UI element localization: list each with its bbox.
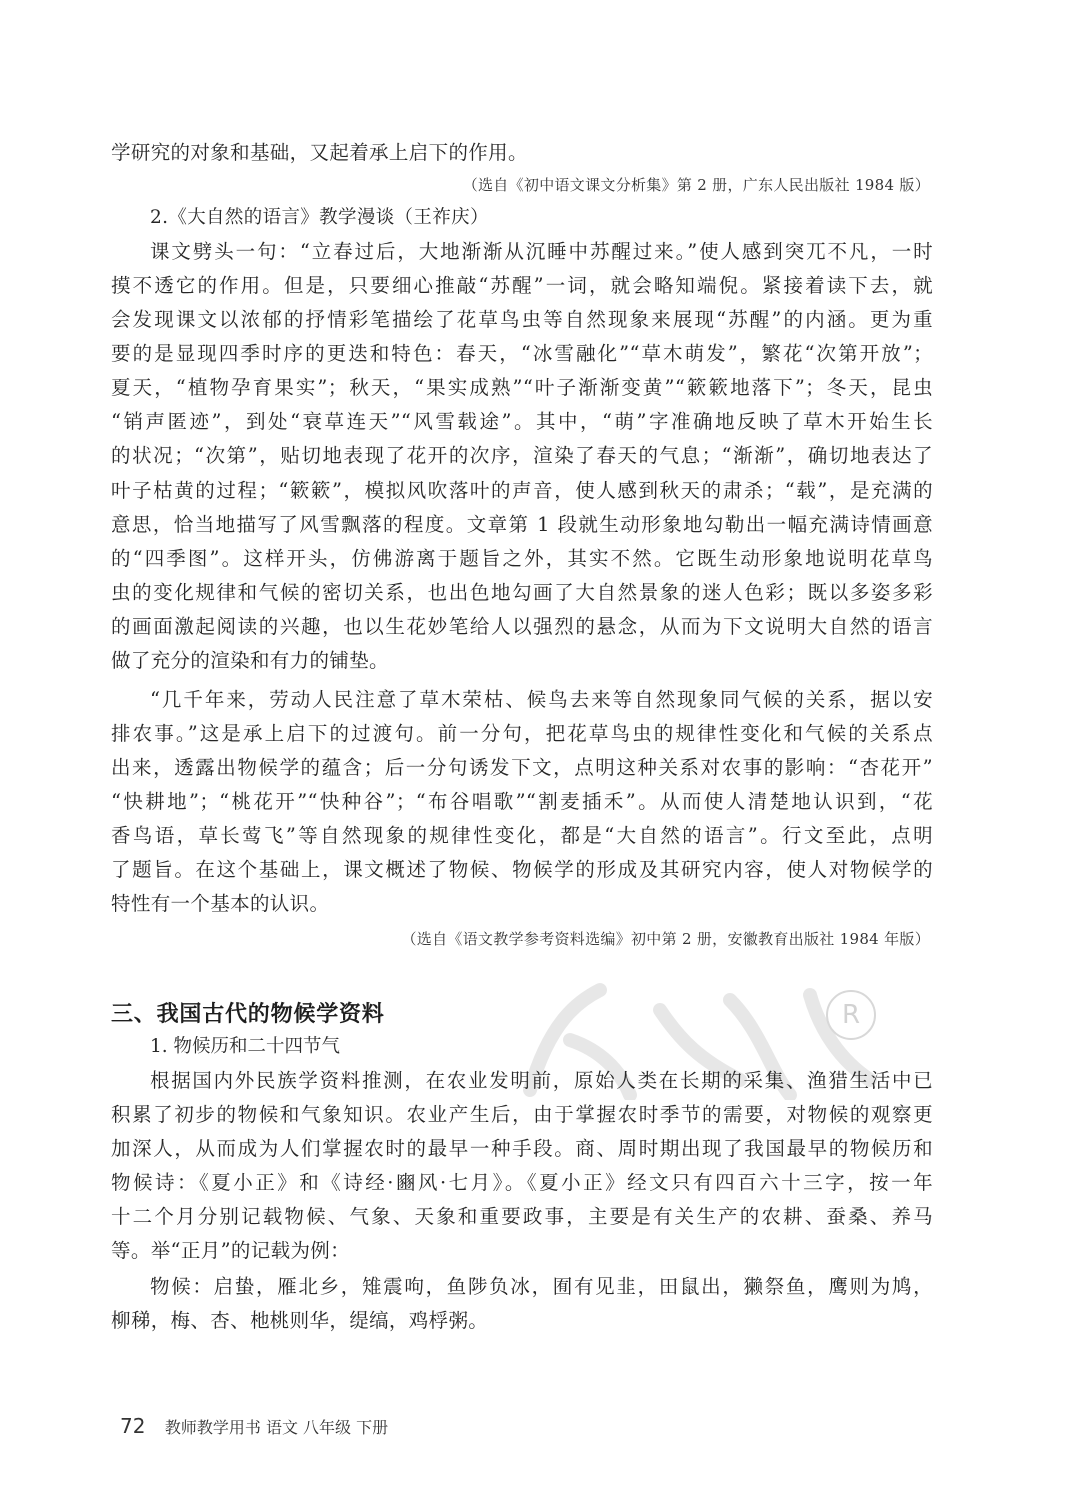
- document-page: R 学研究的对象和基础，又起着承上启下的作用。 （选自《初中语文课文分析集》第 …: [0, 0, 1080, 1508]
- continued-text: 学研究的对象和基础，又起着承上启下的作用。: [111, 141, 933, 165]
- para-2-line: 出来，透露出物候学的蕴含；后一分句诱发下文，点明这种关系对农事的影响：“杏花开”: [111, 756, 933, 780]
- book-title: 教师教学用书 语文 八年级 下册: [165, 1418, 388, 1437]
- para-3-line: 物候诗：《夏小正》和《诗经·豳风·七月》。《夏小正》经文只有四百六十三字，按一年: [111, 1171, 933, 1195]
- para-1-line: 虫的变化规律和气候的密切关系，也出色地勾画了大自然景象的迷人色彩；既以多姿多彩: [111, 581, 933, 605]
- para-1-line: 会发现课文以浓郁的抒情彩笔描绘了花草鸟虫等自然现象来展现“苏醒”的内涵。更为重: [111, 308, 933, 332]
- para-1-line: 的状况；“次第”，贴切地表现了花开的次序，渲染了春天的气息；“渐渐”，确切地表达…: [111, 444, 933, 468]
- para-1-line: 做了充分的渲染和有力的铺垫。: [111, 649, 933, 673]
- para-3-line: 等。举“正月”的记载为例：: [111, 1239, 933, 1263]
- para-2-line: 排农事。”这是承上启下的过渡句。前一分句，把花草鸟虫的规律性变化和气候的关系点: [111, 722, 933, 746]
- para-3-line: 加深人，从而成为人们掌握农时的最早一种手段。商、周时期出现了我国最早的物候历和: [111, 1137, 933, 1161]
- para-3-line: 积累了初步的物候和气象知识。农业产生后，由于掌握农时季节的需要，对物候的观察更: [111, 1103, 933, 1127]
- para-4-line: 柳稊，梅、杏、杝桃则华，缇缟，鸡桴粥。: [111, 1309, 933, 1333]
- para-1-line: 夏天，“植物孕育果实”；秋天，“果实成熟”“叶子渐渐变黄”“簌簌地落下”；冬天，…: [111, 376, 933, 400]
- para-1-line: “销声匿迹”，到处“衰草连天”“风雪载途”。其中，“萌”字准确地反映了草木开始生…: [111, 410, 933, 434]
- para-1-line: 要的是显现四季时序的更迭和特色：春天，“冰雪融化”“草木萌发”，繁花“次第开放”…: [111, 342, 933, 366]
- para-2-line: “几千年来，劳动人民注意了草木荣枯、候鸟去来等自然现象同气候的关系，据以安: [150, 688, 933, 712]
- source-citation-2: （选自《语文教学参考资料选编》初中第 2 册，安徽教育出版社 1984 年版）: [402, 929, 931, 949]
- page-number: 72: [120, 1414, 145, 1438]
- para-2-line: “快耕地”；“桃花开”“快种谷”；“布谷唱歌”“割麦插禾”。从而使人清楚地认识到…: [111, 790, 933, 814]
- para-1-line: 叶子枯黄的过程；“簌簌”，模拟风吹落叶的声音，使人感到秋天的肃杀；“载”，是充满…: [111, 479, 933, 503]
- item-2-title: 2.《大自然的语言》教学漫谈（王祚庆）: [150, 206, 933, 230]
- registered-mark-icon: R: [826, 990, 876, 1040]
- para-2-line: 特性有一个基本的认识。: [111, 892, 933, 916]
- para-3-line: 十二个月分别记载物候、气象、天象和重要政事，主要是有关生产的农耕、蚕桑、养马: [111, 1205, 933, 1229]
- para-1-line: 的画面激起阅读的兴趣，也以生花妙笔给人以强烈的悬念，从而为下文说明大自然的语言: [111, 615, 933, 639]
- para-1-line: 意思，恰当地描写了风雪飘落的程度。文章第 1 段就生动形象地勾勒出一幅充满诗情画…: [111, 513, 933, 537]
- para-2-line: 香鸟语，草长莺飞”等自然现象的规律性变化，都是“大自然的语言”。行文至此，点明: [111, 824, 933, 848]
- page-footer: 72 教师教学用书 语文 八年级 下册: [120, 1415, 388, 1439]
- section-subheading: 1. 物候历和二十四节气: [150, 1035, 340, 1059]
- source-citation-1: （选自《初中语文课文分析集》第 2 册，广东人民出版社 1984 版）: [463, 175, 930, 195]
- section-heading: 三、我国古代的物候学资料: [111, 1000, 385, 1028]
- para-1-line: 的“四季图”。这样开头，仿佛游离于题旨之外，其实不然。它既生动形象地说明花草鸟: [111, 547, 933, 571]
- para-2-line: 了题旨。在这个基础上，课文概述了物候、物候学的形成及其研究内容，使人对物候学的: [111, 858, 933, 882]
- para-4-line: 物候：启蛰，雁北乡，雉震呴，鱼陟负冰，囿有见韭，田鼠出，獭祭鱼，鹰则为鸠，: [150, 1275, 933, 1299]
- para-1-line: 课文劈头一句：“立春过后，大地渐渐从沉睡中苏醒过来。”使人感到突兀不凡，一时: [150, 240, 933, 264]
- para-3-line: 根据国内外民族学资料推测，在农业发明前，原始人类在长期的采集、渔猎生活中已: [150, 1069, 933, 1093]
- para-1-line: 摸不透它的作用。但是，只要细心推敲“苏醒”一词，就会略知端倪。紧接着读下去，就: [111, 274, 933, 298]
